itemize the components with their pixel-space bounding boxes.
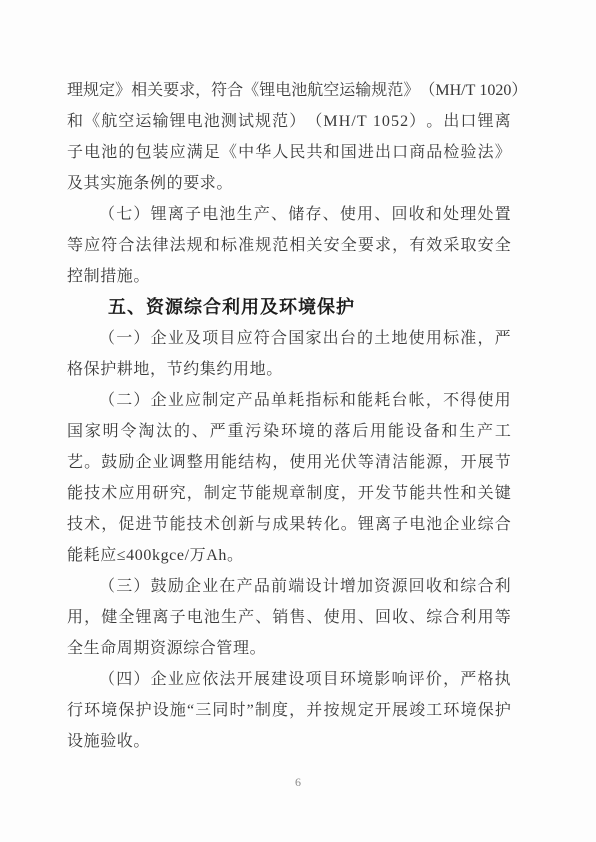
- text-line: 格保护耕地，节约集约用地。: [67, 354, 511, 385]
- text-line: 和《航空运输锂电池测试规范）（MH/T 1052）。出口锂离: [67, 106, 511, 137]
- text-line: （四）企业应依法开展建设项目环境影响评价，严格执: [67, 664, 511, 695]
- text-line: 子电池的包装应满足《中华人民共和国进出口商品检验法》: [67, 137, 511, 168]
- text-line: （七）锂离子电池生产、储存、使用、回收和处理处置: [67, 199, 511, 230]
- text-line: 用，健全锂离子电池生产、销售、使用、回收、综合利用等: [67, 602, 511, 633]
- page-number: 6: [295, 775, 301, 789]
- text-line: 艺。鼓励企业调整用能结构，使用光伏等清洁能源，开展节: [67, 447, 511, 478]
- text-line: 技术，促进节能技术创新与成果转化。锂离子电池企业综合: [67, 509, 511, 540]
- text-line: 能耗应≤400kgce/万Ah。: [67, 540, 511, 571]
- text-line: 全生命周期资源综合管理。: [67, 633, 511, 664]
- text-line: 能技术应用研究，制定节能规章制度，开发节能共性和关键: [67, 478, 511, 509]
- text-line: 国家明令淘汰的、严重污染环境的落后用能设备和生产工: [67, 416, 511, 447]
- text-line: 行环境保护设施“三同时”制度，并按规定开展竣工环境保护: [67, 695, 511, 726]
- text-line: 控制措施。: [67, 261, 511, 292]
- text-line: （二）企业应制定产品单耗指标和能耗台帐，不得使用: [67, 385, 511, 416]
- section-heading: 五、资源综合利用及环境保护: [67, 292, 511, 323]
- document-text-block: 理规定》相关要求，符合《锂电池航空运输规范》（MH/T 1020） 和《航空运输…: [67, 75, 511, 757]
- text-line: （一）企业及项目应符合国家出台的土地使用标准，严: [67, 323, 511, 354]
- text-line: 理规定》相关要求，符合《锂电池航空运输规范》（MH/T 1020）: [67, 75, 511, 106]
- text-line: 等应符合法律法规和标准规范相关安全要求，有效采取安全: [67, 230, 511, 261]
- text-line: 设施验收。: [67, 726, 511, 757]
- text-line: 及其实施条例的要求。: [67, 168, 511, 199]
- page-footer: 6: [0, 773, 596, 791]
- document-page: 理规定》相关要求，符合《锂电池航空运输规范》（MH/T 1020） 和《航空运输…: [0, 0, 596, 842]
- text-line: （三）鼓励企业在产品前端设计增加资源回收和综合利: [67, 571, 511, 602]
